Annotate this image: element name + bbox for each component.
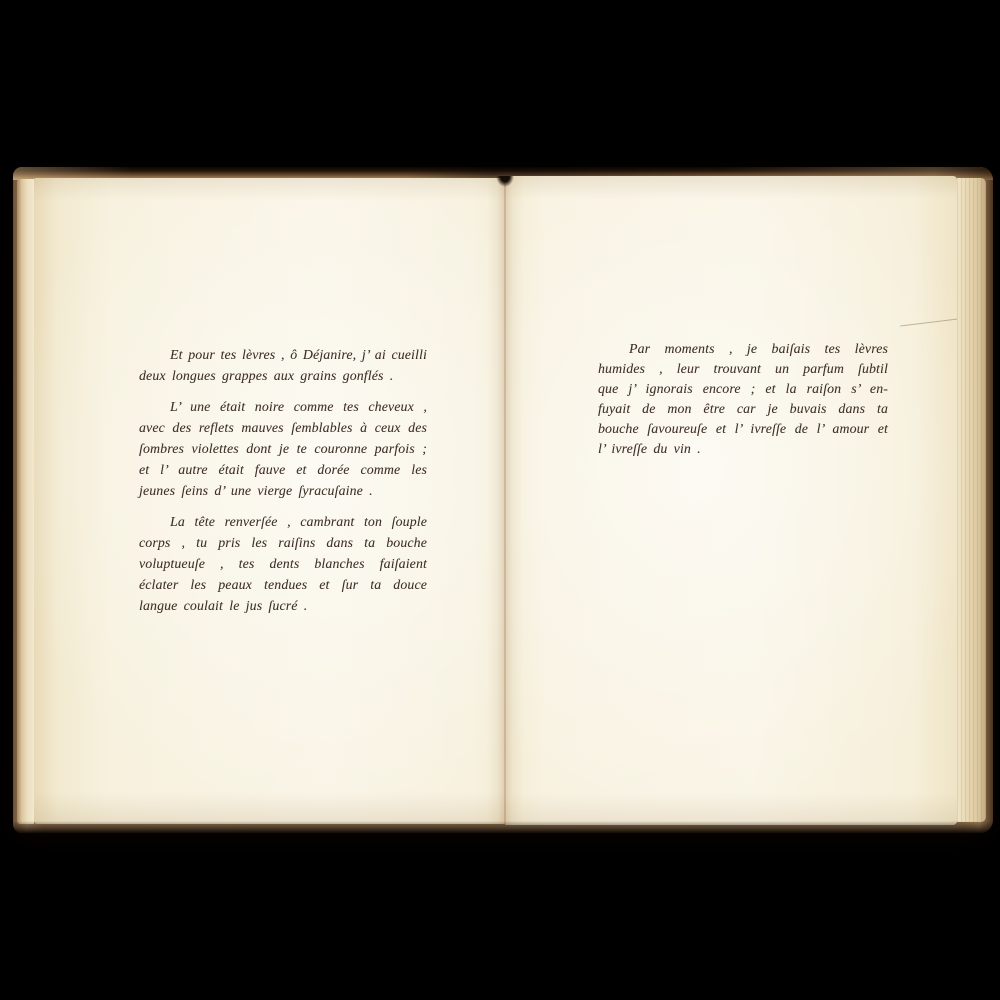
- text-line: bouche ſavoureuſe et l’ ivreſſe de l’ am…: [598, 419, 888, 439]
- paper-scratch: [900, 318, 958, 326]
- text-line: La tête renverſée , cambrant ton ſouple: [139, 511, 427, 532]
- text-line: et l’ autre était fauve et dorée comme l…: [139, 459, 427, 480]
- left-page-text: Et pour tes lèvres , ô Déjanire, j’ ai c…: [139, 344, 427, 616]
- paragraph: Et pour tes lèvres , ô Déjanire, j’ ai c…: [139, 344, 427, 386]
- left-page-fore-edge: [17, 179, 35, 824]
- text-line: Et pour tes lèvres , ô Déjanire, j’ ai c…: [139, 344, 427, 365]
- gutter-notch: [496, 176, 514, 187]
- right-page: Par moments , je baiſais tes lèvres humi…: [505, 176, 957, 825]
- right-page-text: Par moments , je baiſais tes lèvres humi…: [598, 339, 888, 459]
- text-line: corps , tu pris les raiſins dans ta bouc…: [139, 532, 427, 553]
- left-page: Et pour tes lèvres , ô Déjanire, j’ ai c…: [34, 178, 505, 824]
- text-line: l’ ivreſſe du vin .: [598, 439, 888, 459]
- paragraph: Par moments , je baiſais tes lèvres humi…: [598, 339, 888, 459]
- text-line: avec des reflets mauves ſemblables à ceu…: [139, 417, 427, 438]
- paragraph: La tête renverſée , cambrant ton ſouple …: [139, 511, 427, 616]
- text-line: que j’ ignorais encore ; et la raiſon s’…: [598, 379, 888, 399]
- text-line: fuyait de mon être car je buvais dans ta: [598, 399, 888, 419]
- text-line: éclater les peaux tendues et ſur ta douc…: [139, 574, 427, 595]
- gutter-shadow: [487, 176, 523, 825]
- text-line: ſombres violettes dont je te couronne pa…: [139, 438, 427, 459]
- text-line: L’ une était noire comme tes cheveux ,: [139, 396, 427, 417]
- open-book-photo: Et pour tes lèvres , ô Déjanire, j’ ai c…: [13, 167, 993, 833]
- text-line: langue coulait le jus ſucré .: [139, 595, 427, 616]
- photo-background: Et pour tes lèvres , ô Déjanire, j’ ai c…: [0, 0, 1000, 1000]
- paragraph: L’ une était noire comme tes cheveux , a…: [139, 396, 427, 501]
- right-page-fore-edge: [957, 178, 986, 822]
- text-line: jeunes ſeins d’ une vierge ſyracuſaine .: [139, 480, 427, 501]
- book-bottom-edge: [13, 821, 993, 833]
- text-line: voluptueuſe , tes dents blanches faiſaie…: [139, 553, 427, 574]
- text-line: Par moments , je baiſais tes lèvres: [598, 339, 888, 359]
- text-line: humides , leur trouvant un parfum ſubtil: [598, 359, 888, 379]
- text-line: deux longues grappes aux grains gonflés …: [139, 365, 427, 386]
